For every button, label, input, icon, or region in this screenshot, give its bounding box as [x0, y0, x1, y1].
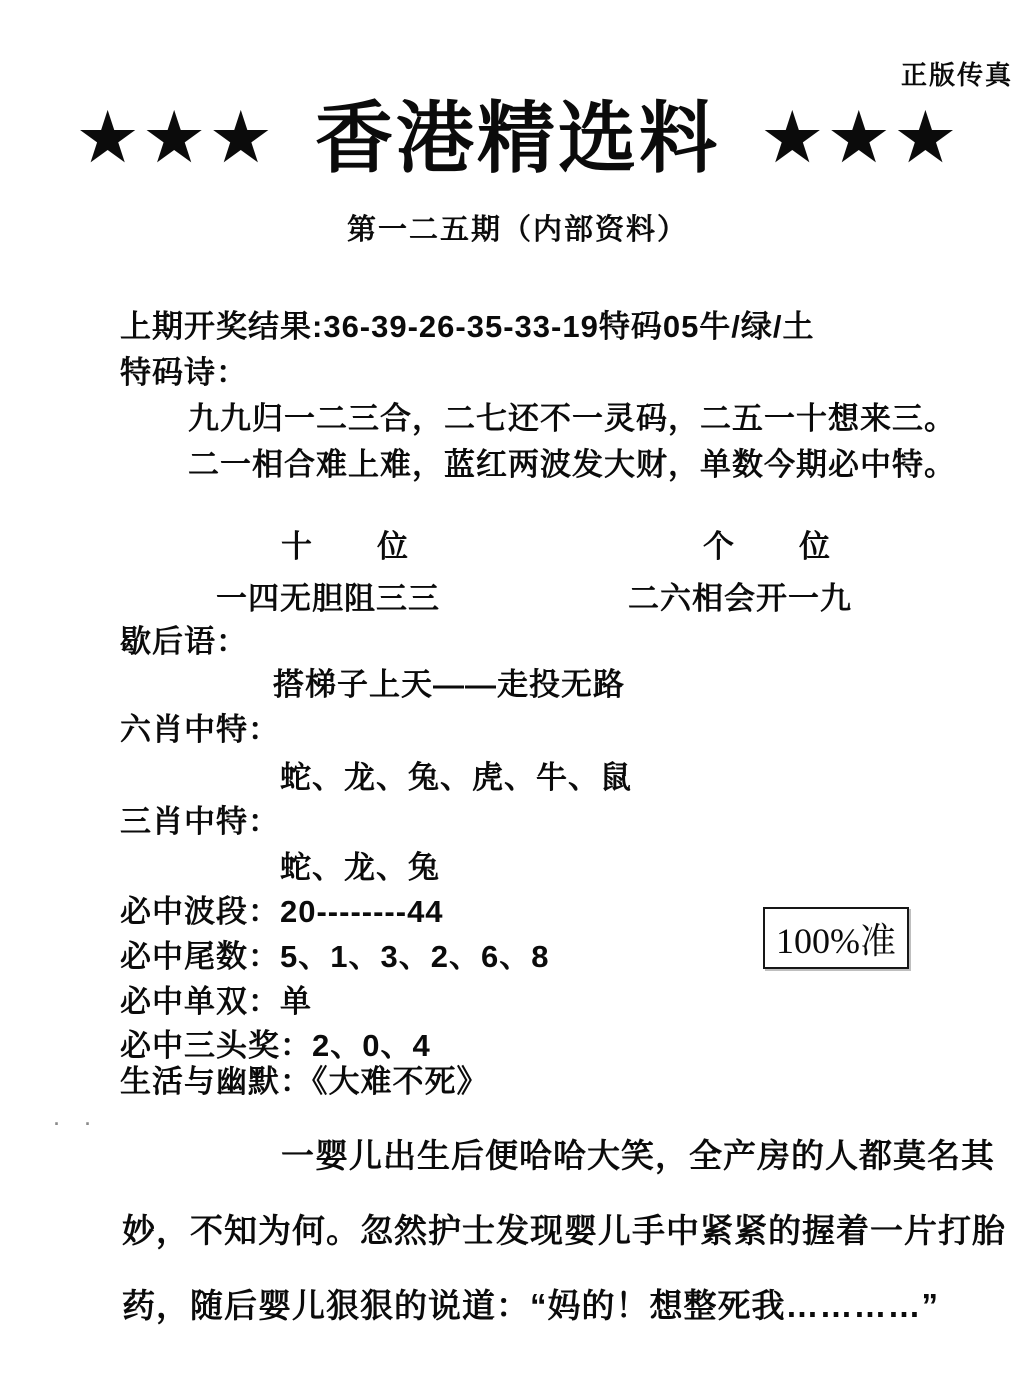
fax-page: 正版传真 ★★★ 香港精选料 ★★★ 第一二五期（内部资料） 上期开奖结果:36… [0, 0, 1035, 1388]
last-draw-result: 上期开奖结果:36-39-26-35-33-19特码05牛/绿/土 [120, 311, 815, 344]
ones-digit-hint: 二六相会开一九 [628, 583, 852, 616]
stray-print-marks: · · [54, 1114, 101, 1135]
xiehouyu-text: 搭梯子上天——走投无路 [273, 669, 625, 702]
xiehouyu-label: 歇后语： [120, 626, 248, 659]
issue-subtitle: 第一二五期（内部资料） [0, 207, 1035, 248]
accuracy-badge: 100%准 [763, 907, 909, 969]
story-line-3: 药，随后婴儿狠狠的说道：“妈的！想整死我…………” [122, 1288, 939, 1324]
special-poem-line-2: 二一相合难上难，蓝红两波发大财，单数今期必中特。 [188, 449, 956, 482]
six-zodiac-label: 六肖中特： [120, 714, 280, 747]
odd-even-line: 必中单双：单 [120, 986, 312, 1019]
wave-range-line: 必中波段：20--------44 [120, 896, 444, 929]
life-humor-line: 生活与幽默：《大难不死》 [120, 1066, 489, 1099]
three-zodiac-label: 三肖中特： [120, 806, 280, 839]
three-zodiac-list: 蛇、龙、兔 [280, 852, 440, 885]
tens-digit-hint: 一四无胆阻三三 [216, 583, 440, 616]
special-poem-line-1: 九九归一二三合，二七还不一灵码，二五一十想来三。 [188, 403, 956, 436]
tens-digit-header: 十 位 [281, 531, 409, 564]
tail-numbers-line: 必中尾数：5、1、3、2、6、8 [120, 941, 549, 974]
stars-right-icon: ★★★ [760, 102, 960, 174]
story-line-2: 妙，不知为何。忽然护士发现婴儿手中紧紧的握着一片打胎 [122, 1213, 1006, 1249]
ones-digit-header: 个 位 [703, 531, 831, 564]
title-row: ★★★ 香港精选料 ★★★ [0, 82, 1035, 194]
three-heads-line: 必中三头奖：2、0、4 [120, 1030, 431, 1063]
six-zodiac-list: 蛇、龙、兔、虎、牛、鼠 [280, 762, 632, 795]
special-poem-label: 特码诗： [120, 357, 248, 390]
page-title: 香港精选料 [315, 99, 720, 177]
story-line-1: 一婴儿出生后便哈哈大笑，全产房的人都莫名其 [281, 1138, 995, 1174]
stars-left-icon: ★★★ [75, 102, 275, 174]
